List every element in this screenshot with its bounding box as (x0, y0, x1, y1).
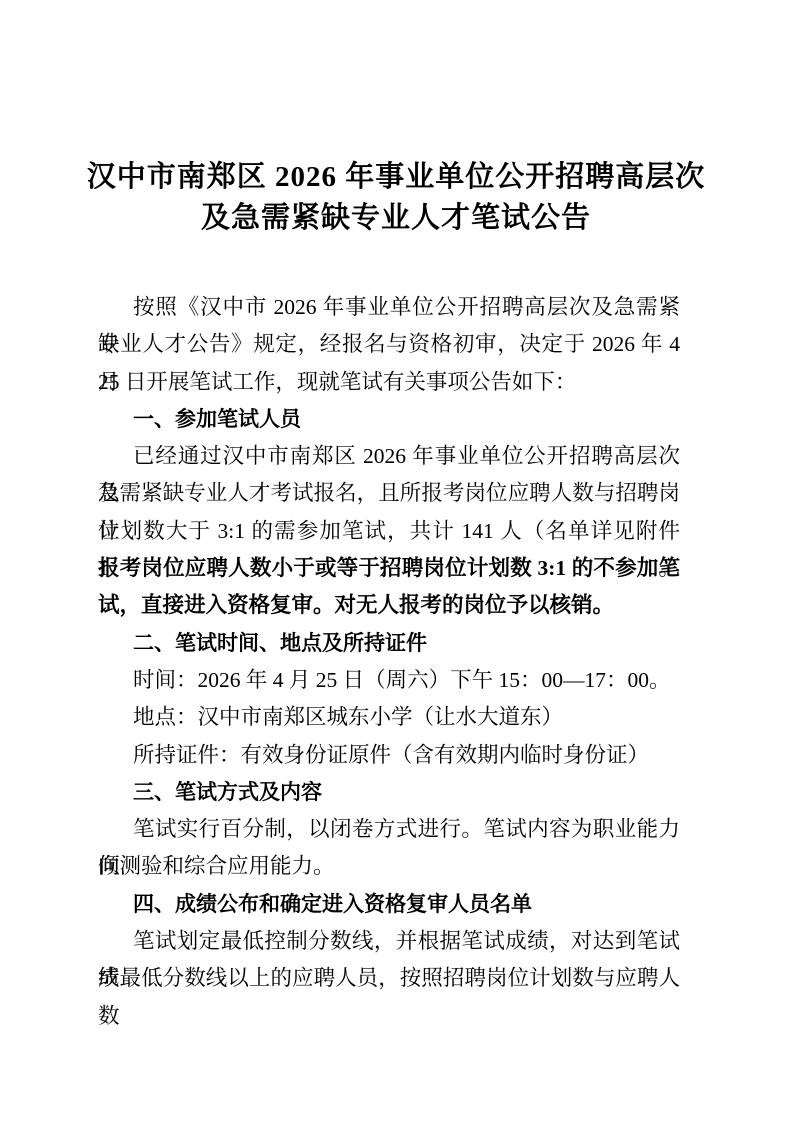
section-heading-2: 二、笔试时间、地点及所持证件 (98, 625, 680, 662)
document-title-line-2: 及急需紧缺专业人才笔试公告 (0, 198, 792, 239)
document-body: 按照《汉中市 2026 年事业单位公开招聘高层次及急需紧缺 专业人才公告》规定，… (98, 289, 680, 998)
section-heading-3: 三、笔试方式及内容 (98, 774, 680, 811)
document-title-line-1: 汉中市南郑区 2026 年事业单位公开招聘高层次 (0, 157, 792, 198)
doc-line: 已经通过汉中市南郑区 2026 年事业单位公开招聘高层次及 (98, 438, 680, 475)
doc-line: 笔试划定最低控制分数线，并根据笔试成绩，对达到笔试成 (98, 923, 680, 960)
doc-line: 向测验和综合应用能力。 (98, 848, 680, 885)
document-title: 汉中市南郑区 2026 年事业单位公开招聘高层次 及急需紧缺专业人才笔试公告 (0, 0, 792, 239)
doc-line-emphasis: 报考岗位应聘人数小于或等于招聘岗位计划数 3:1 的不参加笔 (98, 550, 680, 587)
doc-line-credentials: 所持证件：有效身份证原件（含有效期内临时身份证） (98, 737, 680, 774)
doc-line: 笔试实行百分制，以闭卷方式进行。笔试内容为职业能力倾 (98, 811, 680, 848)
doc-line-emphasis: 试，直接进入资格复审。对无人报考的岗位予以核销。 (98, 587, 680, 624)
doc-line: 按照《汉中市 2026 年事业单位公开招聘高层次及急需紧缺 (98, 289, 680, 326)
section-heading-1: 一、参加笔试人员 (98, 401, 680, 438)
doc-line: 25 日开展笔试工作，现就笔试有关事项公告如下： (98, 364, 680, 401)
doc-line: 急需紧缺专业人才考试报名，且所报考岗位应聘人数与招聘岗位 (98, 475, 680, 512)
doc-line: 计划数大于 3:1 的需参加笔试，共计 141 人（名单详见附件 1）。 (98, 513, 680, 550)
doc-line-time: 时间：2026 年 4 月 25 日（周六）下午 15：00—17：00。 (98, 662, 680, 699)
doc-line: 专业人才公告》规定，经报名与资格初审，决定于 2026 年 4 月 (98, 326, 680, 363)
section-heading-4: 四、成绩公布和确定进入资格复审人员名单 (98, 886, 680, 923)
doc-line-location: 地点：汉中市南郑区城东小学（让水大道东） (98, 699, 680, 736)
doc-line: 绩最低分数线以上的应聘人员，按照招聘岗位计划数与应聘人数 (98, 960, 680, 997)
document-page: 汉中市南郑区 2026 年事业单位公开招聘高层次 及急需紧缺专业人才笔试公告 按… (0, 0, 792, 1121)
